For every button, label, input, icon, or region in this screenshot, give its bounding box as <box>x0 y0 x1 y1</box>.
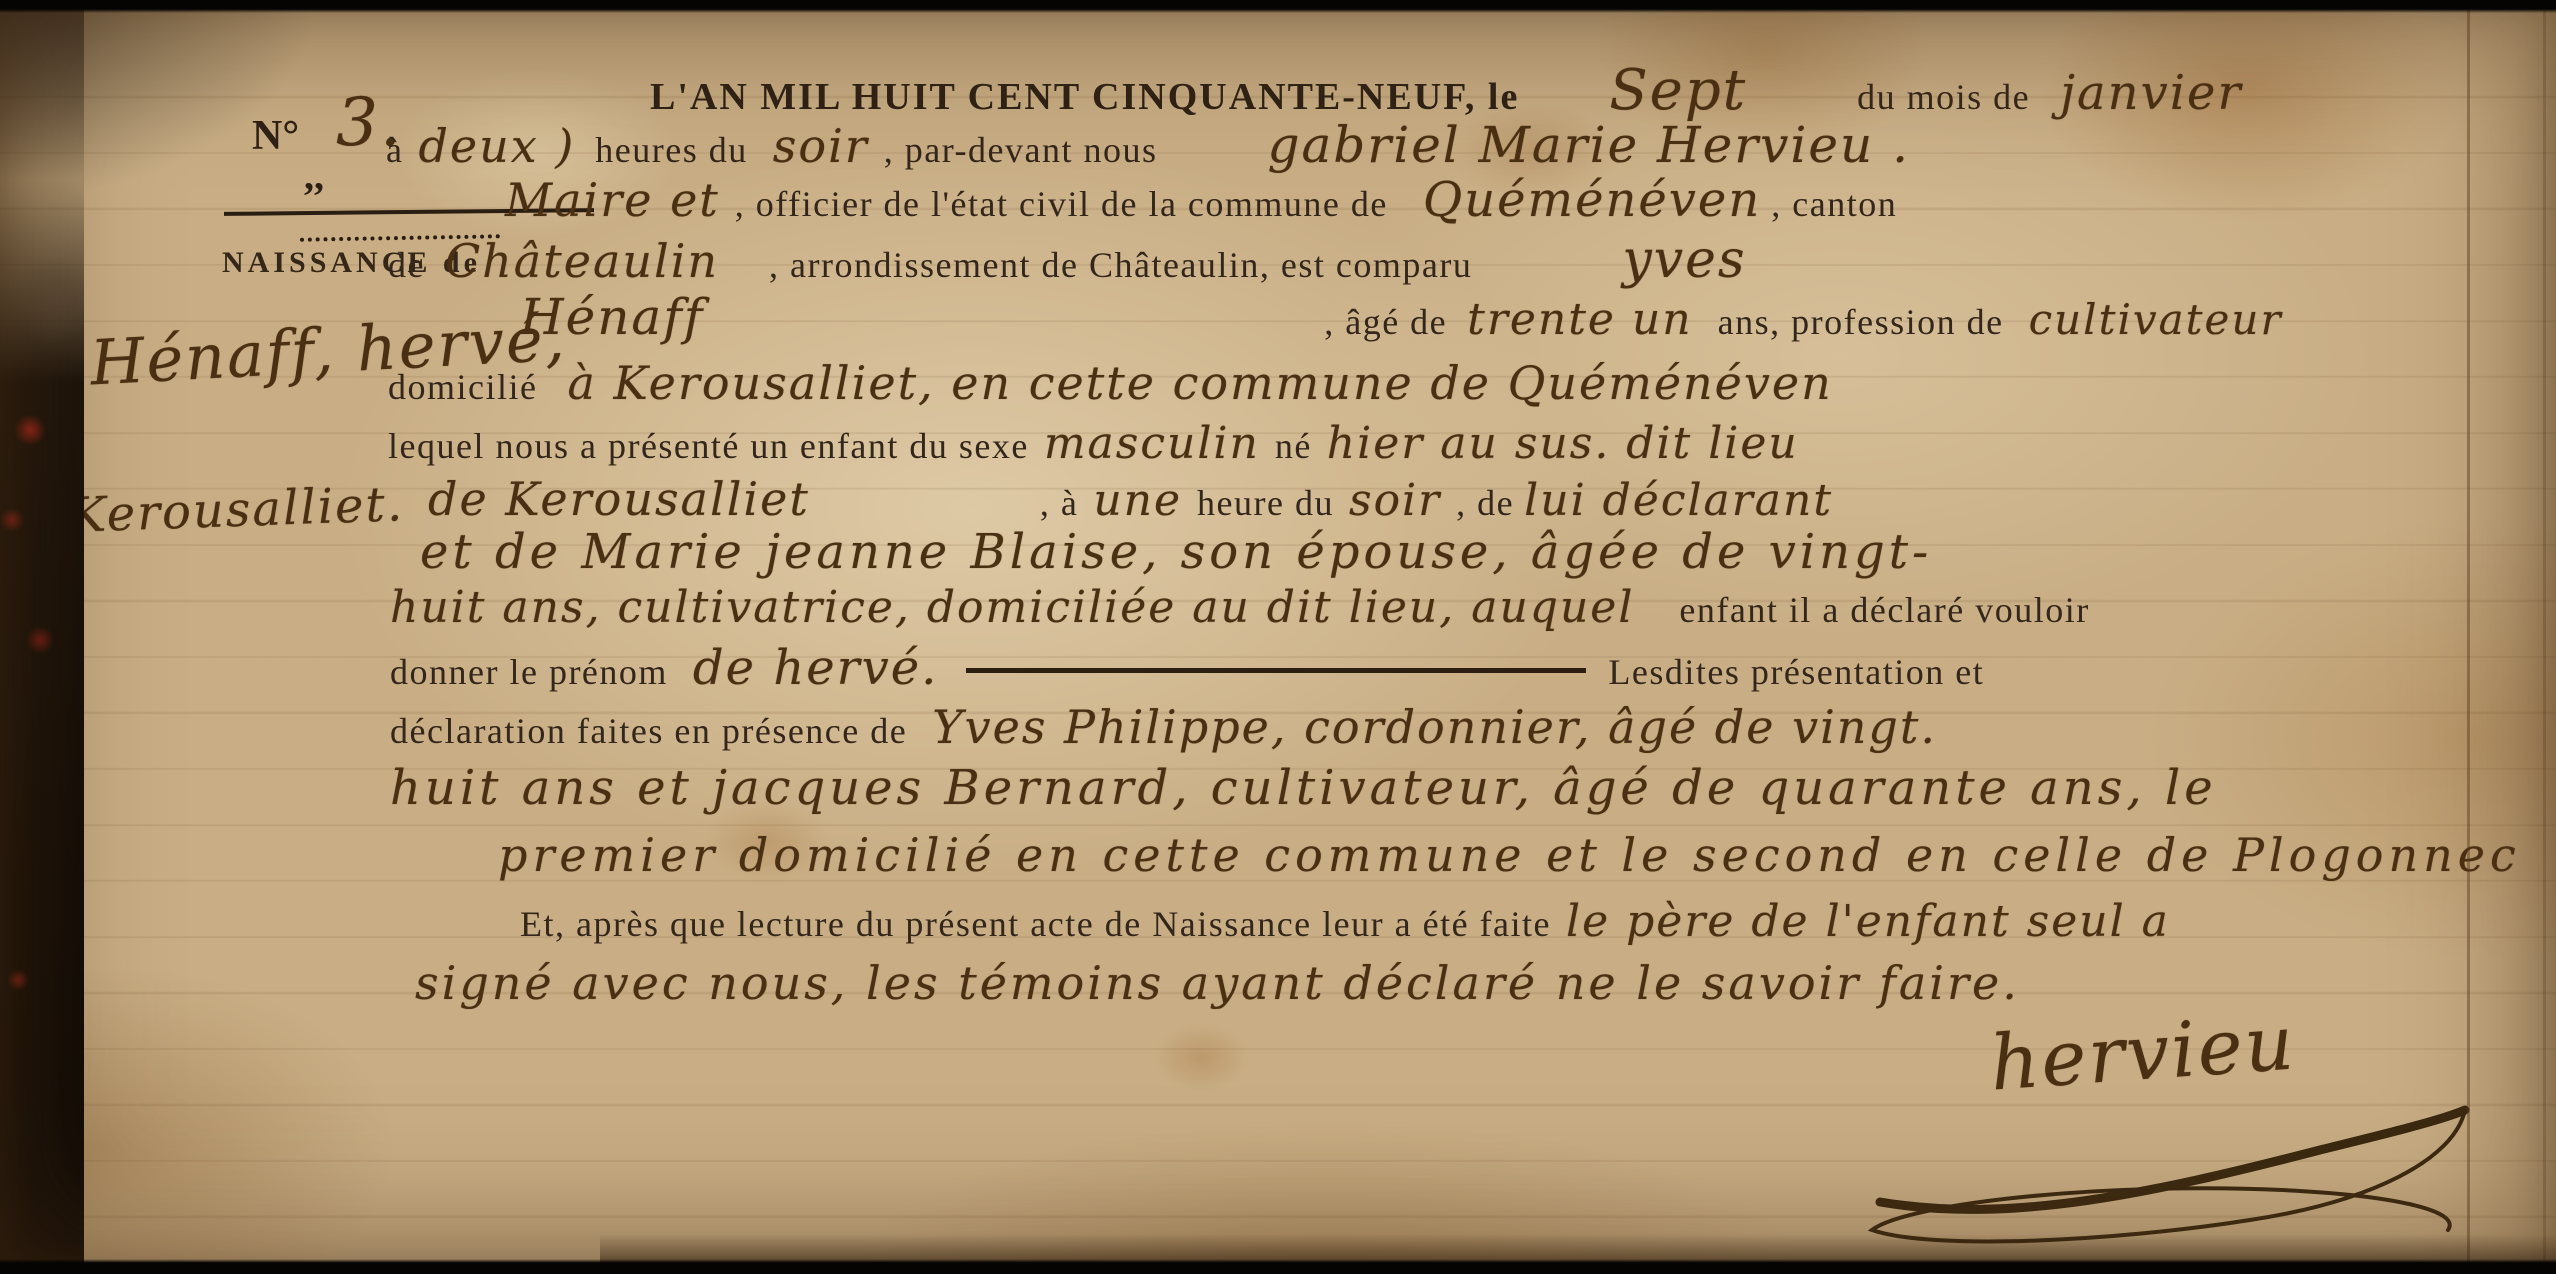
handwritten-text: premier domicilié en cette commune et le… <box>498 828 2521 882</box>
handwritten-text: soir <box>1349 475 1441 526</box>
handwritten-text: trente un <box>1467 294 1692 345</box>
body-line: deChâteaulin, arrondissement de Châteaul… <box>388 230 1747 290</box>
handwritten-text: masculin <box>1044 418 1260 469</box>
handwritten-text: huit ans, cultivatrice, domiciliée au di… <box>390 582 1634 633</box>
handwritten-text: deux ) <box>418 119 575 173</box>
printed-text: donner le prénom <box>390 652 668 692</box>
handwritten-text: Châteaulin <box>445 234 719 288</box>
handwritten-text: Quéménéven <box>1423 172 1761 228</box>
act-number-label: N° <box>252 112 299 160</box>
body-line: lequel nous a présenté un enfant du sexe… <box>388 418 1799 469</box>
handwritten-text: yves <box>1622 230 1746 290</box>
printed-text: déclaration faites en présence de <box>390 711 907 751</box>
book-binding-edge <box>0 0 84 1274</box>
printed-text: ans, profession de <box>1718 302 2004 342</box>
printed-text: Lesdites présentation et <box>1608 652 1984 692</box>
body-line: déclaration faites en présence deYves Ph… <box>390 700 1937 754</box>
body-line: Maire et, officier de l'état civil de la… <box>505 172 1897 228</box>
handwritten-text: le père de l'enfant seul a <box>1566 896 2170 947</box>
page-edge-line <box>2543 0 2546 1274</box>
body-line: domiciliéà Kerousalliet, en cette commun… <box>388 356 1833 410</box>
handwritten-text: à Kerousalliet, en cette commune de Quém… <box>567 356 1832 410</box>
printed-text: né <box>1275 426 1312 466</box>
printed-text: enfant il a déclaré vouloir <box>1679 590 2089 630</box>
body-line: L'AN MIL HUIT CENT CINQUANTE-NEUF, leSep… <box>650 58 2242 123</box>
body-line: donner le prénomde hervé.Lesdites présen… <box>390 640 1984 696</box>
printed-text: , arrondissement de Châteaulin, est comp… <box>769 245 1472 285</box>
handwritten-text: de hervé. <box>693 640 938 696</box>
photo-edge-bottom <box>0 1259 2556 1274</box>
printed-text: , de <box>1456 483 1514 523</box>
handwritten-text: Hénaff <box>520 288 704 346</box>
printed-text: du mois de <box>1857 77 2030 117</box>
body-line: et de Marie jeanne Blaise, son épouse, â… <box>420 524 1932 580</box>
body-line: Hénaff, âgé detrente unans, profession d… <box>520 288 2283 346</box>
handwritten-text: Sept <box>1609 58 1747 123</box>
handwritten-text: huit ans et jacques Bernard, cultivateur… <box>390 760 2217 816</box>
printed-text: , canton <box>1771 184 1897 224</box>
printed-text: , à <box>1040 483 1078 523</box>
printed-text: , officier de l'état civil de la commune… <box>735 184 1388 224</box>
register-page-scan: N° ,, 3. NAISSANCE de Hénaff, hervé, Ker… <box>0 0 2556 1274</box>
printed-text: lequel nous a présenté un enfant du sexe <box>388 426 1029 466</box>
body-line: àdeux )heures dusoir, par-devant nousgab… <box>386 116 1910 174</box>
handwritten-text: lui déclarant <box>1524 475 1833 526</box>
handwritten-text: et de Marie jeanne Blaise, son épouse, â… <box>420 524 1932 580</box>
body-line: signé avec nous, les témoins ayant décla… <box>415 956 2020 1010</box>
body-line: huit ans et jacques Bernard, cultivateur… <box>390 760 2217 816</box>
printed-text: heure du <box>1197 483 1334 523</box>
page-crease <box>2467 0 2470 1274</box>
printed-text: domicilié <box>388 367 537 407</box>
handwritten-text: hier au sus. dit lieu <box>1327 418 1799 469</box>
printed-text: heures du <box>595 130 747 170</box>
act-number-ditto-marks: ,, <box>304 152 324 199</box>
handwritten-text: de Kerousalliet <box>428 472 810 526</box>
printed-text: Et, après que lecture du présent acte de… <box>520 904 1551 944</box>
handwritten-text: janvier <box>2060 65 2242 121</box>
printed-text: de <box>388 245 425 285</box>
printed-text: , par-devant nous <box>884 130 1158 170</box>
handwritten-text: Yves Philippe, cordonnier, âgé de vingt. <box>932 700 1937 754</box>
photo-edge-top <box>0 0 2556 13</box>
body-line: premier domicilié en cette commune et le… <box>498 828 2521 882</box>
printed-text: à <box>386 130 403 170</box>
printed-text: L'AN MIL HUIT CENT CINQUANTE-NEUF, le <box>650 76 1519 118</box>
handwritten-text: Maire et <box>505 173 720 227</box>
printed-text: , âgé de <box>1324 302 1447 342</box>
body-line: huit ans, cultivatrice, domiciliée au di… <box>390 582 2090 633</box>
handwritten-text: une <box>1093 475 1182 526</box>
handwritten-text: cultivateur <box>2029 295 2283 344</box>
handwritten-text: soir <box>773 119 869 173</box>
registrant-place: Kerousalliet. <box>69 476 405 544</box>
ink-fill-line <box>966 668 1586 673</box>
body-line: de Kerousalliet, àuneheure dusoir, delui… <box>428 472 1833 526</box>
body-line: Et, après que lecture du présent acte de… <box>520 896 2170 947</box>
handwritten-text: signé avec nous, les témoins ayant décla… <box>415 956 2020 1010</box>
handwritten-text: gabriel Marie Hervieu . <box>1267 116 1909 174</box>
